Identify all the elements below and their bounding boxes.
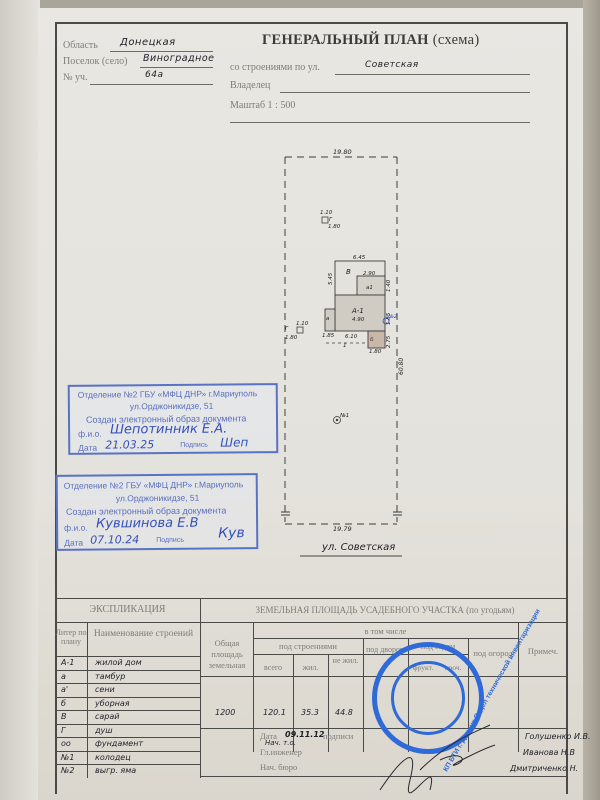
- explication-row-letter: В: [61, 712, 67, 721]
- explication-row-letter: №2: [61, 766, 74, 775]
- explication-row-letter: А-1: [61, 658, 74, 667]
- land-col-note: Примеч.: [518, 646, 568, 657]
- explication-row-letter: а: [61, 672, 66, 681]
- stamp-1-date-value: 21.03.25: [105, 438, 154, 451]
- table-top-border: [55, 598, 568, 599]
- svg-text:1.40: 1.40: [386, 279, 392, 292]
- stamp-1-sign-label: Подпись: [180, 442, 208, 449]
- explication-col-name: Наименование строений: [91, 629, 196, 640]
- stamp-2-line1: Отделение №2 ГБУ «МФЦ ДНР» г.Мариуполь: [64, 479, 243, 491]
- svg-text:В: В: [346, 268, 351, 276]
- signoff-head-label: Нач. т.о.: [265, 739, 296, 747]
- table-header-divider: [55, 622, 568, 623]
- land-title: ЗЕМЕЛЬНАЯ ПЛОЩАДЬ УСАДЕБНОГО УЧАСТКА (по…: [205, 605, 565, 616]
- svg-text:1.10: 1.10: [320, 210, 333, 216]
- land-col-buildings: под строениями: [253, 641, 363, 652]
- stamp-2-signature: Кув: [218, 525, 245, 541]
- explication-row-divider: [55, 751, 200, 752]
- land-total-value: 1200: [215, 708, 235, 717]
- stamp-2-fio-label: ф.и.о.: [64, 523, 88, 533]
- signoff-date-value: 09.11.12: [285, 730, 324, 739]
- svg-text:1.80: 1.80: [285, 335, 298, 341]
- svg-text:№1: №1: [339, 413, 349, 419]
- explication-row-divider: [55, 764, 200, 765]
- explication-row-letter: №1: [61, 753, 74, 762]
- land-all-value: 120.1: [263, 708, 286, 717]
- stamp-1-line1: Отделение №2 ГБУ «МФЦ ДНР» г.Мариуполь: [78, 388, 257, 400]
- land-row-divider-1: [253, 638, 518, 639]
- explication-row-letter: б: [61, 699, 66, 708]
- svg-text:№2: №2: [387, 314, 398, 320]
- svg-text:2.75: 2.75: [386, 335, 392, 348]
- explication-row-name: сени: [95, 685, 115, 694]
- handwritten-signatures: [360, 720, 500, 800]
- stamp-1-date-label: Дата: [78, 443, 97, 453]
- svg-text:1.10: 1.10: [296, 321, 309, 327]
- svg-text:4.90: 4.90: [352, 317, 365, 323]
- signoff-engineer-label: Гл.инженер: [260, 747, 302, 757]
- street-name-label: ул. Советская: [322, 542, 395, 553]
- svg-text:1.85: 1.85: [322, 333, 335, 339]
- explication-row-name: жилой дом: [95, 658, 142, 667]
- explication-row-name: тамбур: [95, 672, 125, 681]
- plan-right-length: 60.80: [398, 358, 405, 375]
- stamp-2-line2: ул.Орджоникидзе, 51: [116, 493, 200, 504]
- stamp-2-date-value: 07.10.24: [90, 533, 139, 546]
- svg-text:5.45: 5.45: [328, 272, 334, 285]
- explication-row-letter: оо: [61, 739, 71, 748]
- svg-text:а1: а1: [366, 285, 373, 291]
- land-col-including: в том числе: [253, 626, 518, 637]
- svg-text:6.10: 6.10: [345, 334, 358, 340]
- stamp-2-line3: Создан электронный образ документа: [66, 505, 226, 516]
- land-nonliving-value: 44.8: [335, 708, 353, 717]
- mfc-stamp-1: Отделение №2 ГБУ «МФЦ ДНР» г.Мариуполь у…: [68, 383, 279, 455]
- svg-text:Г: Г: [329, 217, 333, 223]
- explication-row-name: выгр. яма: [95, 766, 136, 775]
- explication-col-letter: Литер по плану: [55, 628, 87, 646]
- explication-row-name: уборная: [95, 699, 130, 708]
- land-col-living: жил.: [293, 662, 328, 673]
- explication-row-divider: [55, 697, 200, 698]
- mfc-stamp-2: Отделение №2 ГБУ «МФЦ ДНР» г.Мариуполь у…: [56, 473, 259, 551]
- svg-text:Б: Б: [370, 337, 374, 343]
- svg-text:1: 1: [343, 343, 347, 349]
- plan-top-width: 19.80: [333, 148, 352, 156]
- table-split: [200, 598, 201, 778]
- explication-row-divider: [55, 683, 200, 684]
- stamp-1-fio-label: ф.и.о.: [78, 429, 102, 439]
- explication-title: ЭКСПЛИКАЦИЯ: [55, 604, 200, 615]
- stamp-2-date-label: Дата: [64, 538, 83, 548]
- land-living-value: 35.3: [301, 708, 319, 717]
- plan-bottom-width: 19.79: [333, 525, 352, 533]
- explication-row-divider: [55, 656, 200, 657]
- signoff-engineer-name: Иванова Н.В: [523, 748, 575, 757]
- stamp-2-sign-label: Подпись: [156, 537, 184, 544]
- signoff-bureau-name: Дмитриченко Н.: [510, 764, 578, 773]
- stamp-1-fio-value: Шепотинник Е.А.: [110, 422, 227, 438]
- explication-col-divider: [87, 622, 88, 778]
- explication-row-name: сарай: [95, 712, 119, 721]
- stamp-1-line2: ул.Орджоникидзе, 51: [130, 401, 214, 412]
- explication-row-divider: [55, 724, 200, 725]
- explication-row-divider: [55, 737, 200, 738]
- explication-row-letter: Г: [61, 726, 65, 735]
- stamp-1-signature: Шеп: [220, 435, 248, 449]
- signoff-signatures-label: подписи: [323, 731, 353, 741]
- explication-row-name: душ: [95, 726, 113, 735]
- svg-text:6.45: 6.45: [353, 255, 366, 261]
- land-col-all: всего: [253, 662, 293, 673]
- svg-text:А-1: А-1: [351, 307, 364, 315]
- svg-text:1.80: 1.80: [369, 349, 382, 355]
- svg-text:Г: Г: [285, 326, 289, 332]
- explication-row-name: фундамент: [95, 739, 143, 748]
- signoff-head-name: Голушенко И.В.: [525, 732, 591, 741]
- explication-row-divider: [55, 710, 200, 711]
- stamp-2-fio-value: Кувшинова Е.В: [96, 516, 199, 532]
- explication-row-name: колодец: [95, 753, 131, 762]
- explication-row-letter: а': [61, 685, 68, 694]
- svg-text:2.90: 2.90: [363, 271, 376, 277]
- land-col-total: Общая площадь земельная: [201, 638, 253, 671]
- land-col-nonliving: не жил.: [328, 656, 363, 665]
- explication-row-divider: [55, 670, 200, 671]
- svg-text:1.80: 1.80: [328, 224, 341, 230]
- signoff-bureau-label: Нач. бюро: [260, 762, 297, 772]
